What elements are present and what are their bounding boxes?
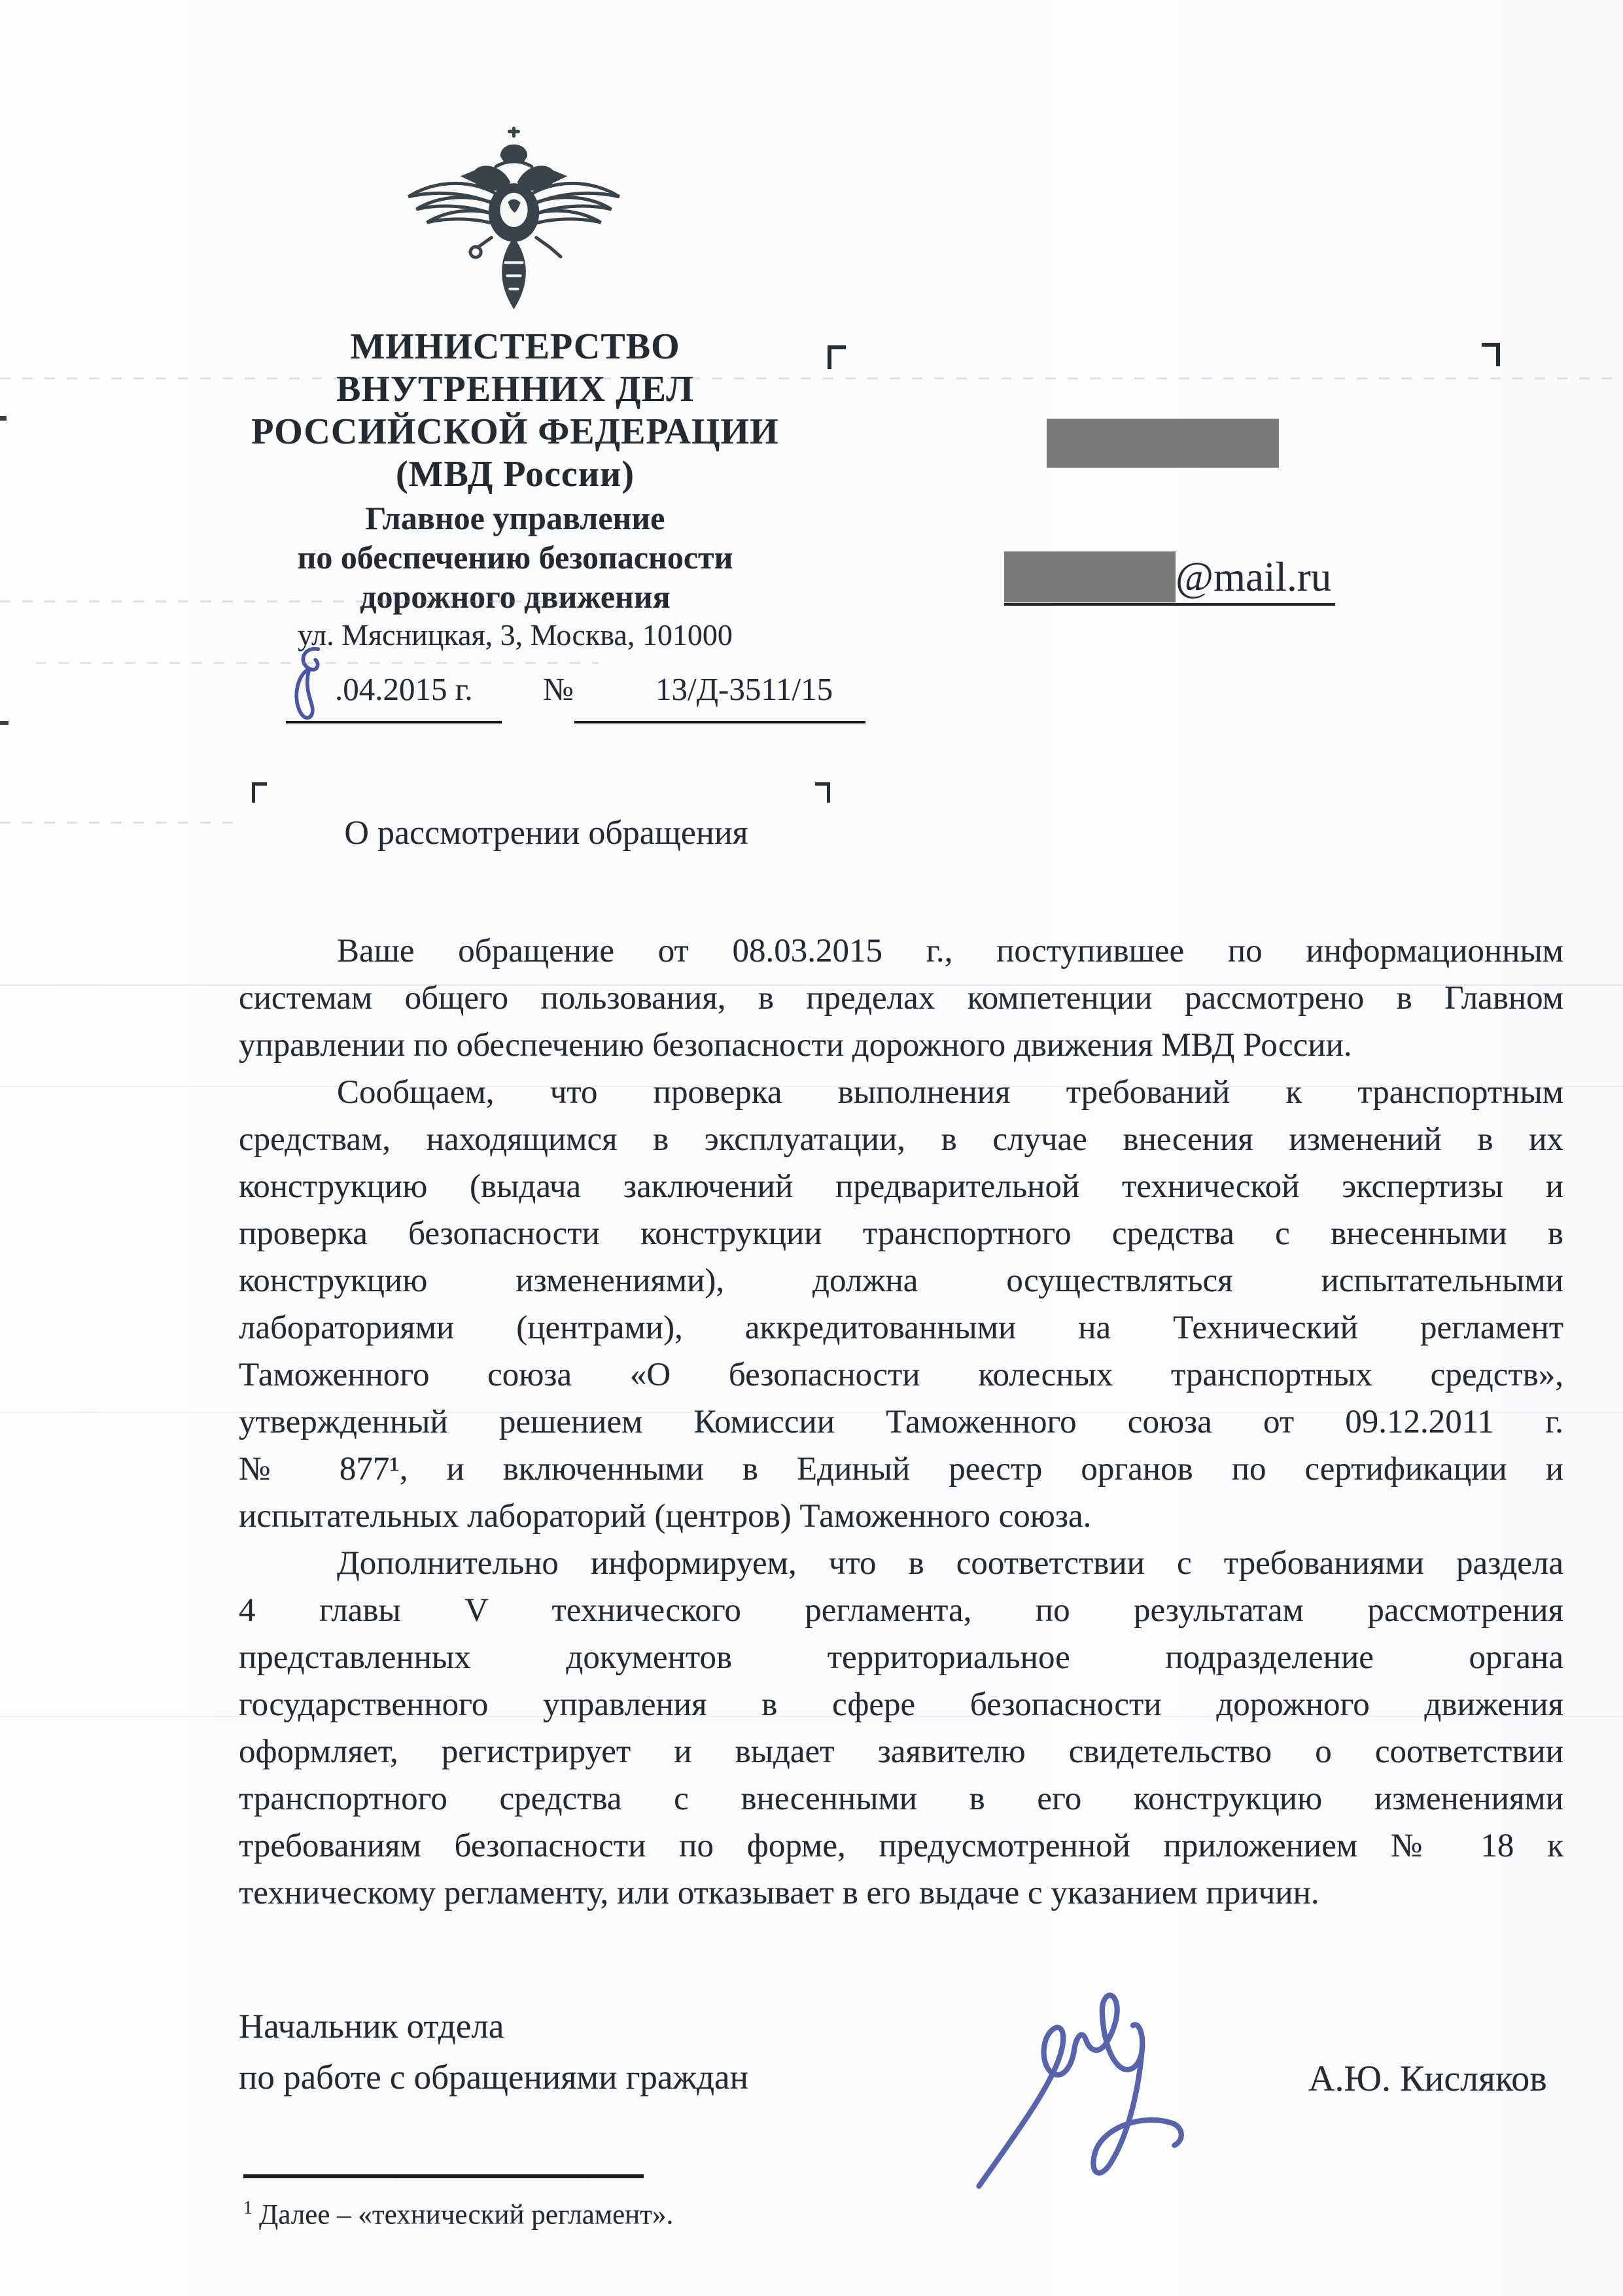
scan-artifact-line xyxy=(0,822,243,824)
body-line: Сообщаем, что проверка выполнения требов… xyxy=(239,1069,1563,1116)
number-sign-label: № xyxy=(543,671,574,708)
mvd-double-eagle-emblem-icon xyxy=(401,126,627,317)
address-corner-bracket-right-icon xyxy=(1482,343,1500,366)
body-line: лабораториями (центрами), аккредитованны… xyxy=(239,1304,1563,1351)
letter-body: Ваше обращение от 08.03.2015 г., поступи… xyxy=(239,928,1563,1917)
handwritten-day-digit xyxy=(292,642,333,726)
division-name-line: по обеспечению безопасности xyxy=(196,538,834,577)
body-line: управлении по обеспечению безопасности д… xyxy=(239,1022,1563,1069)
signer-position-line: по работе с обращениями граждан xyxy=(239,2058,748,2097)
scan-artifact-line xyxy=(0,984,1623,986)
redaction-box xyxy=(1004,551,1176,602)
ministry-name-line: РОССИЙСКОЙ ФЕДЕРАЦИИ xyxy=(196,411,834,453)
subject-corner-bracket-right-icon xyxy=(815,782,830,803)
body-line: Ваше обращение от 08.03.2015 г., поступи… xyxy=(239,928,1563,975)
body-line: транспортного средства с внесенными в ег… xyxy=(239,1775,1563,1822)
body-line: государственного управления в сфере безо… xyxy=(239,1681,1563,1728)
footnote-text: Далее – «технический регламент». xyxy=(259,2199,673,2230)
body-line: Дополнительно информируем, что в соответ… xyxy=(239,1540,1563,1587)
scan-edge-mark xyxy=(0,721,9,725)
email-underline xyxy=(1004,603,1335,606)
scan-artifact-line xyxy=(0,1086,1623,1087)
scan-artifact-line xyxy=(0,600,563,602)
subject-corner-bracket-left-icon xyxy=(252,782,267,803)
division-name-line: дорожного движения xyxy=(196,577,834,616)
body-line: техническому регламенту, или отказывает … xyxy=(239,1870,1563,1917)
subject-line: О рассмотрении обращения xyxy=(334,813,759,854)
scan-artifact-line xyxy=(0,377,1623,379)
body-line: средствам, находящимся в эксплуатации, в… xyxy=(239,1116,1563,1163)
signer-position-line: Начальник отдела xyxy=(239,2007,504,2046)
signature-scribble xyxy=(967,1949,1248,2193)
scan-artifact-line xyxy=(0,1716,1623,1717)
recipient-email-suffix: @mail.ru xyxy=(1176,551,1331,602)
ministry-name-line: ВНУТРЕННИХ ДЕЛ xyxy=(196,368,834,411)
footnote-separator xyxy=(243,2174,644,2178)
scanned-letter-page: { "letterhead": { "org_lines": ["МИНИСТЕ… xyxy=(0,0,1623,2296)
scan-edge-mark xyxy=(0,416,7,421)
footnote: 1Далее – «технический регламент». xyxy=(243,2191,673,2232)
division-name-line: Главное управление xyxy=(196,498,834,538)
division-name-block: Главное управление по обеспечению безопа… xyxy=(196,498,834,616)
number-underline xyxy=(574,721,865,723)
scan-artifact-line xyxy=(0,1412,1623,1413)
ministry-name-line: МИНИСТЕРСТВО xyxy=(196,326,834,368)
body-line: конструкцию изменениями), должна осущест… xyxy=(239,1257,1563,1304)
scan-artifact-line xyxy=(36,662,599,664)
body-line: № 877¹, и включенными в Единый реестр ор… xyxy=(239,1446,1563,1493)
body-line: испытательных лабораторий (центров) Тамо… xyxy=(239,1493,1563,1540)
date-underline xyxy=(286,721,502,723)
body-line: системам общего пользования, в пределах … xyxy=(239,975,1563,1022)
document-number: 13/Д-3511/15 xyxy=(655,671,833,708)
body-line: проверка безопасности конструкции трансп… xyxy=(239,1210,1563,1257)
body-line: Таможенного союза «О безопасности колесн… xyxy=(239,1351,1563,1399)
body-line: конструкцию (выдача заключений предварит… xyxy=(239,1163,1563,1210)
date-field: .04.2015 г. xyxy=(335,671,473,708)
body-line: оформляет, регистрирует и выдает заявите… xyxy=(239,1728,1563,1775)
body-line: требованиям безопасности по форме, преду… xyxy=(239,1822,1563,1870)
body-line: представленных документов территориально… xyxy=(239,1634,1563,1681)
signer-name: А.Ю. Кисляков xyxy=(1308,2058,1547,2100)
ministry-name-line: (МВД России) xyxy=(196,453,834,496)
footnote-marker: 1 xyxy=(243,2198,253,2218)
body-line: 4 главы V технического регламента, по ре… xyxy=(239,1587,1563,1634)
address-corner-bracket-left-icon xyxy=(828,345,846,369)
redaction-box xyxy=(1047,419,1279,468)
body-line: утвержденный решением Комиссии Таможенно… xyxy=(239,1399,1563,1446)
ministry-name-block: МИНИСТЕРСТВО ВНУТРЕННИХ ДЕЛ РОССИЙСКОЙ Ф… xyxy=(196,326,834,496)
